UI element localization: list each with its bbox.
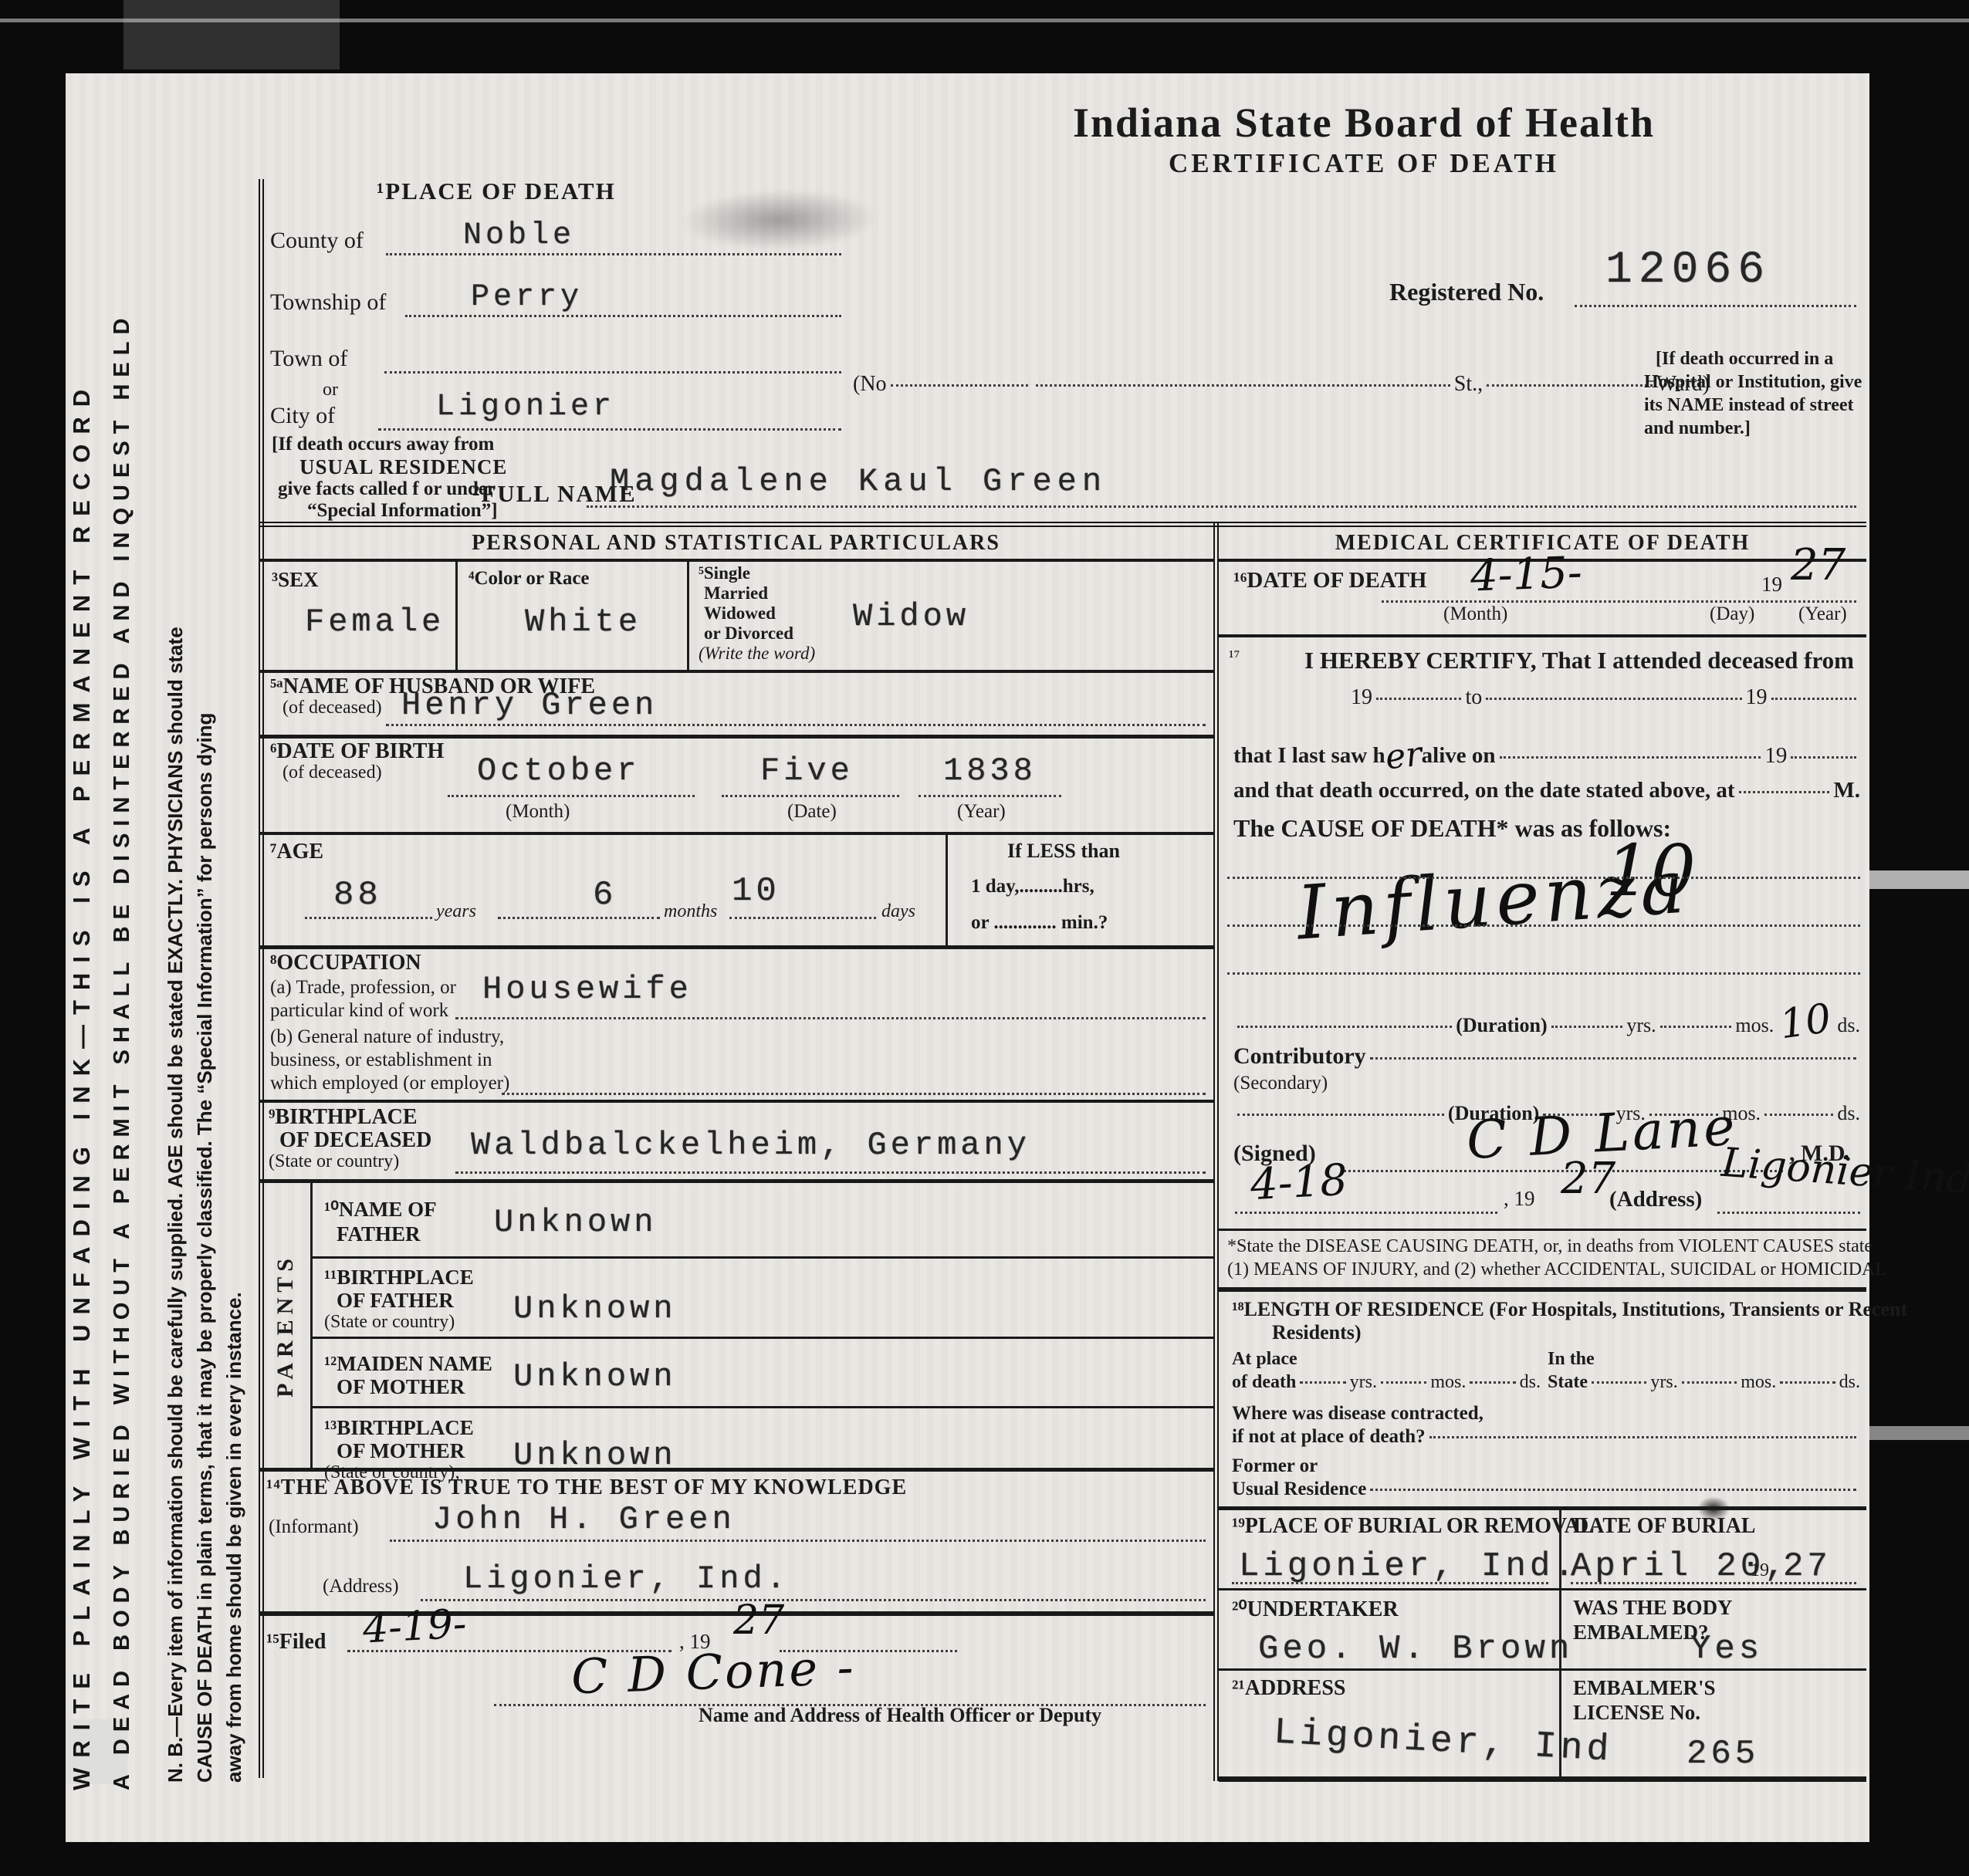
rule [1219, 1229, 1866, 1231]
rule [259, 670, 1213, 673]
contributory-line: Contributory [1233, 1043, 1860, 1070]
usual-residence-note-3: give facts called f or under [278, 478, 496, 500]
rule [1219, 634, 1866, 637]
scan-streak [1865, 1426, 1969, 1440]
age-line [729, 894, 876, 919]
occurred-label: and that death occurred, on the date sta… [1233, 778, 1735, 803]
margin-note-nb-1: N. B.—Every item of information should b… [164, 409, 188, 1783]
burial-place-label: ¹⁹PLACE OF BURIAL OR REMOVAL [1232, 1514, 1595, 1539]
st-label: St., [1454, 372, 1483, 397]
to-19: 19 [1746, 685, 1768, 710]
birthplace-sub-label: (State or country) [269, 1151, 399, 1172]
margin-note-dead-body: A DEAD BODY BURIED WITHOUT A PERMIT SHAL… [110, 278, 135, 1790]
informant-address-line [421, 1576, 1206, 1601]
hospital-note-1: [If death occurred in a [1656, 349, 1833, 370]
birthplace-label-2: OF DECEASED [279, 1128, 431, 1153]
county-label: County of [270, 228, 364, 254]
dod-19-label: 19 [1761, 573, 1782, 597]
certify-from-to-line: 19 to 19 [1351, 685, 1860, 710]
cause-footnote-1: *State the DISEASE CAUSING DEATH, or, in… [1227, 1236, 1860, 1257]
cause-footnote-2: (1) MEANS OF INJURY, and (2) whether ACC… [1227, 1259, 1860, 1280]
marital-value: Widow [853, 598, 969, 635]
hospital-note-2: Hospital or Institution, give [1644, 372, 1862, 393]
death-certificate-scan: WRITE PLAINLY WITH UNFADING INK—THIS IS … [0, 0, 1969, 1876]
former-label-1: Former or [1232, 1455, 1318, 1477]
rule [1219, 1588, 1866, 1590]
marital-option-single: ⁵Single [699, 563, 750, 583]
duration-label: (Duration) [1456, 1014, 1547, 1037]
marital-option-widowed: Widowed [704, 603, 776, 624]
undertaker-address-label: ²¹ADDRESS [1232, 1676, 1346, 1701]
dod-line [1382, 593, 1856, 603]
spouse-line [386, 698, 1206, 726]
undertaker-value: Geo. W. Brown [1258, 1630, 1573, 1668]
age-label: ⁷AGE [270, 840, 323, 864]
res-ds-1: ds. [1520, 1372, 1541, 1393]
registered-no-label: Registered No. [1389, 278, 1544, 306]
in-state-line: State yrs. mos. ds. [1548, 1372, 1860, 1393]
father-name-value: Unknown [494, 1204, 657, 1241]
age-line [498, 894, 660, 919]
rule [259, 832, 1213, 835]
signed-date-hand: 4-18 [1249, 1155, 1348, 1210]
cause-line-2 [1227, 918, 1860, 927]
sex-value: Female [305, 603, 445, 641]
registered-no-line [1575, 279, 1856, 307]
occupation-b-label-1: (b) General nature of industry, [270, 1026, 504, 1048]
mother-name-label-1: ¹²MAIDEN NAME [324, 1352, 492, 1376]
rule [310, 1182, 313, 1468]
father-name-label-1: ¹⁰NAME OF [324, 1198, 437, 1222]
of-death-label: of death [1232, 1372, 1296, 1393]
rule [259, 559, 1213, 562]
true-statement-label: ¹⁴THE ABOVE IS TRUE TO THE BEST OF MY KN… [266, 1475, 907, 1500]
age-days-caption: days [881, 901, 915, 922]
res-ds-2: ds. [1839, 1372, 1860, 1393]
license-label-2: LICENSE No. [1573, 1701, 1700, 1725]
margin-note-permanent-record: WRITE PLAINLY WITH UNFADING INK—THIS IS … [68, 232, 96, 1790]
dob-month-caption: (Month) [506, 801, 570, 823]
burial-date-line [1571, 1574, 1856, 1584]
rule [313, 1256, 1213, 1259]
no-label: (No [853, 372, 887, 397]
informant-address-label: (Address) [323, 1576, 399, 1597]
rule [946, 835, 948, 945]
certify-statement: I HEREBY CERTIFY, That I attended deceas… [1304, 647, 1854, 674]
birthplace-label-1: ⁹BIRTHPLACE [269, 1105, 418, 1130]
signed-year-hand: 27 [1561, 1154, 1615, 1204]
state-label: State [1548, 1372, 1588, 1393]
spouse-sub-label: (of deceased) [282, 698, 382, 718]
signed-address-label: (Address) [1609, 1187, 1702, 1212]
birthplace-line [455, 1148, 1206, 1174]
health-officer-caption: Name and Address of Health Officer or De… [699, 1704, 1101, 1727]
from-19: 19 [1351, 685, 1372, 710]
form-title: Indiana State Board of Health [997, 99, 1730, 147]
margin-note-nb-2: CAUSE OF DEATH in plain terms, that it m… [193, 409, 217, 1783]
township-label: Township of [270, 289, 386, 316]
age-line [305, 894, 432, 919]
res-yrs-1: yrs. [1350, 1372, 1377, 1393]
embalmed-label-2: EMBALMED? [1573, 1621, 1709, 1644]
dob-date-caption: (Date) [787, 801, 837, 823]
embalmed-label-1: WAS THE BODY [1573, 1596, 1733, 1620]
dob-label: ⁶DATE OF BIRTH [270, 739, 444, 764]
city-line [378, 403, 841, 431]
usual-residence-note-2: USUAL RESIDENCE [299, 455, 507, 479]
filed-label: ¹⁵Filed [266, 1630, 326, 1655]
embalmed-value: Yes [1690, 1630, 1763, 1668]
street-ward-line: (No St., Ward) [853, 372, 1710, 397]
if-less-label-1: If LESS than [1007, 840, 1120, 863]
occupation-b-label-3: which employed (or employer) [270, 1073, 509, 1094]
dob-month-line [448, 772, 695, 797]
filed-year-hand: 27 [733, 1597, 784, 1644]
cause-line-1 [1227, 870, 1860, 879]
yrs-label: yrs. [1626, 1014, 1656, 1037]
contributory-label: Contributory [1233, 1043, 1366, 1070]
last-saw-hand: er [1383, 735, 1423, 778]
res-mos-1: mos. [1430, 1372, 1466, 1393]
dob-year-caption: (Year) [957, 801, 1006, 823]
race-label: ⁴Color or Race [469, 568, 590, 590]
sex-label: ³SEX [272, 568, 319, 592]
burial-place-line [1232, 1574, 1548, 1584]
duration-ds-hand: 10 [1777, 995, 1834, 1049]
hospital-note-4: and number.] [1644, 418, 1751, 439]
dod-year-hand: 27 [1791, 540, 1846, 590]
town-line [384, 346, 841, 374]
father-bp-sub-label: (State or country) [324, 1312, 455, 1333]
mother-name-label-2: OF MOTHER [337, 1375, 465, 1399]
m-label: M. [1833, 778, 1860, 803]
rule [259, 1100, 1213, 1103]
father-bp-label-1: ¹¹BIRTHPLACE [324, 1266, 474, 1290]
margin-note-nb-3: away from home should be given in every … [222, 409, 246, 1783]
signed-address-line [1717, 1205, 1860, 1214]
license-label-1: EMBALMER'S [1573, 1676, 1716, 1700]
res-yrs-2: yrs. [1650, 1372, 1677, 1393]
cause-line-3 [1227, 966, 1860, 975]
rule [259, 1468, 1213, 1472]
marital-option-divorced: or Divorced [704, 624, 793, 644]
father-bp-label-2: OF FATHER [337, 1289, 454, 1313]
rule [1219, 1506, 1866, 1510]
form-left-border [259, 179, 264, 1778]
certify-item-no: ¹⁷ [1229, 647, 1240, 667]
father-bp-value: Unknown [513, 1290, 676, 1327]
marital-write-word: (Write the word) [699, 644, 815, 664]
scan-streak [1865, 870, 1969, 889]
race-value: White [525, 603, 641, 641]
age-years-caption: years [436, 901, 476, 922]
usual-residence-note-4: “Special Information”] [307, 500, 498, 522]
last-saw-line: that I last saw h er alive on 19 [1233, 732, 1860, 771]
last-saw-label: that I last saw h [1233, 743, 1385, 769]
mother-bp-label-1: ¹³BIRTHPLACE [324, 1416, 474, 1440]
rule [313, 1337, 1213, 1339]
rule [259, 1179, 1213, 1183]
rule [313, 1406, 1213, 1408]
parents-group-label: PARENTS [261, 1182, 310, 1468]
health-officer-signature: C D Cone - [570, 1639, 857, 1705]
alive-on-label: alive on [1422, 743, 1496, 769]
or-label: or [323, 380, 338, 401]
marital-option-married: Married [704, 583, 768, 603]
if-less-label-3: or ............. min.? [971, 912, 1108, 934]
columns-top-border [259, 522, 1866, 527]
dod-day-caption: (Day) [1710, 603, 1754, 625]
occupation-b-line [502, 1071, 1206, 1095]
hospital-note-3: its NAME instead of street [1644, 395, 1854, 416]
at-place-label-1: At place [1232, 1349, 1297, 1370]
father-name-label-2: FATHER [337, 1222, 421, 1246]
rule [1219, 1776, 1866, 1782]
if-less-label-2: 1 day,.........hrs, [971, 876, 1094, 897]
to-label: to [1465, 685, 1482, 710]
full-name-line [587, 480, 1856, 508]
ds-label-2: ds. [1837, 1102, 1860, 1125]
informant-line [390, 1516, 1206, 1542]
rule [259, 945, 1213, 949]
rule [1219, 1668, 1866, 1671]
informant-label: (Informant) [269, 1516, 359, 1538]
rule [687, 562, 689, 670]
license-value: 265 [1687, 1735, 1759, 1773]
usual-residence-note-1: [If death occurs away from [272, 434, 494, 455]
township-line [405, 289, 841, 317]
duration-line-1: (Duration) yrs. mos. 10 ds. [1233, 995, 1860, 1042]
rule [1219, 1287, 1866, 1292]
signed-19-label: , 19 [1504, 1187, 1535, 1211]
undertaker-label: ²⁰UNDERTAKER [1232, 1596, 1399, 1622]
ds-label: ds. [1837, 1014, 1860, 1037]
mother-bp-label-2: OF MOTHER [337, 1439, 465, 1463]
occupation-a-label-1: (a) Trade, profession, or [270, 977, 456, 999]
alive-19: 19 [1764, 743, 1787, 769]
place-of-death-label: ¹PLACE OF DEATH [377, 177, 616, 205]
scan-streak [123, 0, 340, 69]
where-contracted-line: if not at place of death? [1232, 1426, 1860, 1448]
former-label-2: Usual Residence [1232, 1479, 1366, 1500]
town-label: Town of [270, 346, 347, 372]
dod-month-caption: (Month) [1443, 603, 1507, 625]
age-months-caption: months [664, 901, 717, 922]
burial-date-label: DATE OF BURIAL [1573, 1514, 1755, 1539]
dob-date-line [722, 772, 899, 797]
rule [259, 735, 1213, 739]
dob-year-line [919, 772, 1061, 797]
occupation-a-label-2: particular kind of work [270, 1000, 448, 1022]
res-mos-2: mos. [1741, 1372, 1776, 1393]
secondary-label: (Secondary) [1233, 1073, 1328, 1094]
form-subtitle: CERTIFICATE OF DEATH [997, 148, 1730, 179]
residence-label-2: Residents) [1272, 1321, 1362, 1344]
former-residence-line: Usual Residence [1232, 1479, 1860, 1500]
residence-label-1: ¹⁸LENGTH OF RESIDENCE (For Hospitals, In… [1232, 1298, 1907, 1321]
mother-name-value: Unknown [513, 1358, 676, 1395]
left-section-title: PERSONAL AND STATISTICAL PARTICULARS [259, 531, 1213, 556]
occupation-a-line [455, 994, 1206, 1019]
rule [455, 562, 458, 670]
where-contracted-label-1: Where was disease contracted, [1232, 1403, 1484, 1425]
signed-date-line [1235, 1205, 1497, 1214]
occupation-b-label-2: business, or establishment in [270, 1050, 492, 1071]
occupation-label: ⁸OCCUPATION [270, 951, 421, 975]
in-the-label: In the [1548, 1349, 1595, 1370]
county-line [386, 228, 841, 255]
where-contracted-label-2: if not at place of death? [1232, 1426, 1426, 1448]
mos-label: mos. [1735, 1014, 1774, 1037]
dob-sub-label: (of deceased) [282, 762, 382, 783]
at-place-line: of death yrs. mos. ds. [1232, 1372, 1541, 1393]
dod-year-caption: (Year) [1798, 603, 1847, 625]
dod-label: ¹⁶DATE OF DEATH [1233, 568, 1426, 593]
city-label: City of [270, 403, 335, 429]
death-occurred-line: and that death occurred, on the date sta… [1233, 778, 1860, 803]
center-divider [1213, 522, 1219, 1781]
